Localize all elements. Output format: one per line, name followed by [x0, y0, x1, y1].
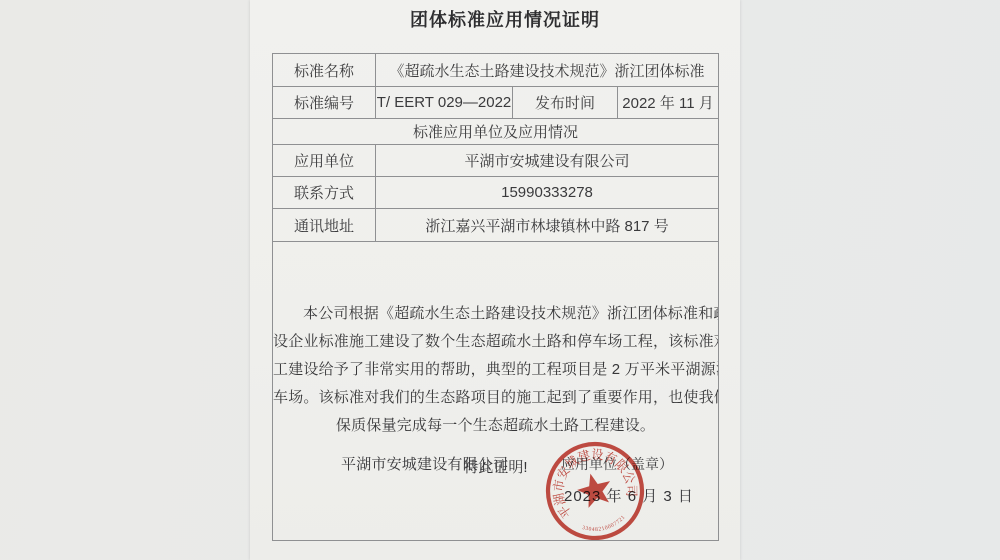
- table-row-contact: 联系方式 15990333278: [273, 177, 719, 209]
- address-label: 通讯地址: [273, 209, 376, 242]
- paragraph-line: 设企业标准施工建设了数个生态超疏水土路和停车场工程，该标准对我们的施: [273, 328, 718, 356]
- contact-label: 联系方式: [273, 177, 376, 209]
- table-row-standard-number: 标准编号 T/ EERT 029—2022 发布时间 2022 年 11 月: [273, 87, 719, 119]
- address-value: 浙江嘉兴平湖市林埭镇林中路 817 号: [376, 209, 719, 242]
- standard-number-value: T/ EERT 029—2022: [376, 87, 513, 119]
- company-seal-stamp: 平湖市安城建设有限公司 33048210007721: [535, 431, 655, 541]
- paragraph-line: 本公司根据《超疏水生态土路建设技术规范》浙江团体标准和疏科施工建: [273, 300, 718, 328]
- paragraph-line: 车场。该标准对我们的生态路项目的施工起到了重要作用，也使我们更有信心: [273, 384, 718, 412]
- table-row-section-header: 标准应用单位及应用情况: [273, 119, 719, 145]
- page-title: 团体标准应用情况证明: [282, 6, 728, 32]
- publish-date-value: 2022 年 11 月: [618, 87, 719, 119]
- standard-number-label: 标准编号: [273, 87, 376, 119]
- star-icon: [574, 469, 615, 509]
- contact-value: 15990333278: [376, 177, 719, 209]
- signature-company: 平湖市安城建设有限公司: [341, 453, 508, 474]
- statement-cell: 本公司根据《超疏水生态土路建设技术规范》浙江团体标准和疏科施工建 设企业标准施工…: [273, 242, 719, 541]
- statement-paragraph: 本公司根据《超疏水生态土路建设技术规范》浙江团体标准和疏科施工建 设企业标准施工…: [273, 300, 718, 440]
- applying-unit-value: 平湖市安城建设有限公司: [376, 145, 719, 177]
- seal-code-text: 33048210007721: [580, 514, 629, 538]
- scanned-certificate: 团体标准应用情况证明 标准名称 《超疏水生态土路建设技术规范》浙江团体标准 标准…: [0, 0, 1000, 560]
- table-row-address: 通讯地址 浙江嘉兴平湖市林埭镇林中路 817 号: [273, 209, 719, 242]
- section-header-cell: 标准应用单位及应用情况: [273, 119, 719, 145]
- table-row-standard-name: 标准名称 《超疏水生态土路建设技术规范》浙江团体标准: [273, 54, 719, 87]
- standard-name-label: 标准名称: [273, 54, 376, 87]
- standard-name-value: 《超疏水生态土路建设技术规范》浙江团体标准: [376, 54, 719, 87]
- svg-text:33048210007721: 33048210007721: [580, 514, 629, 538]
- applying-unit-label: 应用单位: [273, 145, 376, 177]
- certificate-table: 标准名称 《超疏水生态土路建设技术规范》浙江团体标准 标准编号 T/ EERT …: [272, 53, 719, 541]
- table-row-statement: 本公司根据《超疏水生态土路建设技术规范》浙江团体标准和疏科施工建 设企业标准施工…: [273, 242, 719, 541]
- paragraph-line: 工建设给予了非常实用的帮助，典型的工程项目是 2 万平米平湖源源物流停: [273, 356, 718, 384]
- table-row-applying-unit: 应用单位 平湖市安城建设有限公司: [273, 145, 719, 177]
- publish-date-label: 发布时间: [513, 87, 618, 119]
